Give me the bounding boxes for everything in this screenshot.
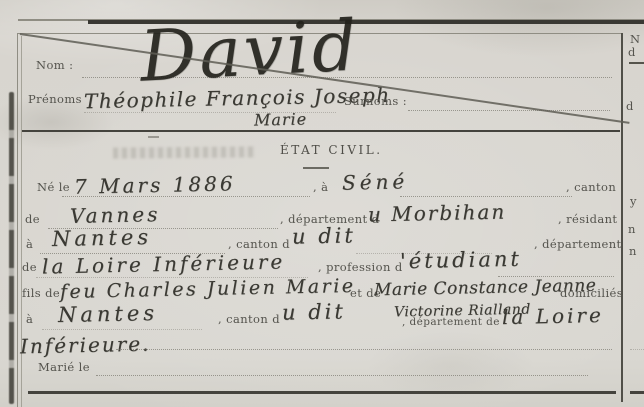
margin-fragment-d-mid: d	[626, 101, 634, 113]
married-dotted-line	[96, 362, 588, 376]
binding-shadow	[9, 92, 14, 404]
married-on-label: Marié le	[38, 362, 90, 374]
margin-column-divider	[621, 33, 623, 402]
residence-at-label: à	[26, 239, 33, 251]
section-title-underline	[303, 167, 329, 169]
residence-handwritten: Nantes	[52, 227, 152, 250]
nicknames-dotted-line	[408, 95, 610, 111]
margin-fragment-n2: n	[629, 246, 637, 258]
canton-handwritten: Vannes	[70, 204, 161, 226]
margin-fragment-n1: n	[628, 224, 636, 236]
parents-department-label: , département de	[402, 317, 500, 328]
parents-department-handwritten: la Loire	[502, 305, 604, 327]
birthplace-dotted-line	[400, 182, 572, 197]
firstnames-field-label: Prénoms	[28, 94, 82, 106]
margin-fragment-y: y	[630, 196, 637, 208]
margin-fragment-d-top: d	[628, 47, 636, 59]
bottom-rule-margin	[630, 391, 644, 394]
canton-label: , canton	[566, 182, 616, 194]
residence-canton-handwritten: u dit	[292, 225, 356, 247]
father-handwritten: feu Charles Julien Marie	[60, 277, 356, 302]
residence-department-label: , département	[534, 239, 622, 251]
canton-of-label: de	[25, 214, 40, 226]
father-label: fils de	[22, 288, 60, 300]
parents-department-dotted-line	[116, 336, 612, 350]
nicknames-field-label: Surnoms :	[344, 96, 407, 108]
birthplace-handwritten: Séné	[342, 171, 409, 192]
frame-left-line-outer	[17, 33, 18, 407]
surname-field-label: Nom :	[36, 60, 73, 72]
profession-dotted-line	[498, 263, 614, 277]
parents-residence-at-label: à	[26, 314, 33, 326]
section-title: ÉTAT CIVIL.	[280, 144, 383, 156]
birthdate-handwritten: 7 Mars 1886	[74, 173, 236, 196]
firstnames-handwritten-value-line2: Marie	[254, 111, 307, 128]
birthplace-prefix-label: , à	[313, 182, 328, 194]
registration-card-page: Nom : David Prénoms Théophile François J…	[0, 0, 644, 407]
residing-label: , résidant	[558, 214, 617, 226]
profession-label: , profession d	[318, 262, 403, 274]
margin-dotted-fragment	[630, 336, 644, 350]
parents-canton-label: , canton d	[218, 314, 280, 326]
residence-department-of-label: de	[22, 262, 37, 274]
margin-column-rule	[629, 62, 644, 64]
stray-mark	[148, 136, 159, 138]
bottom-rule-main	[28, 391, 616, 394]
department-handwritten: u Morbihan	[368, 202, 507, 225]
ink-bleed-smudge	[113, 146, 255, 158]
parents-canton-handwritten: u dit	[282, 301, 346, 323]
margin-fragment-n-top: N	[630, 34, 640, 46]
residence-department-handwritten: la Loire Inférieure	[42, 251, 286, 276]
parents-residence-handwritten: Nantes	[58, 303, 158, 326]
header-separator-rule	[22, 130, 620, 132]
domiciled-label: domiciliés	[560, 288, 623, 300]
